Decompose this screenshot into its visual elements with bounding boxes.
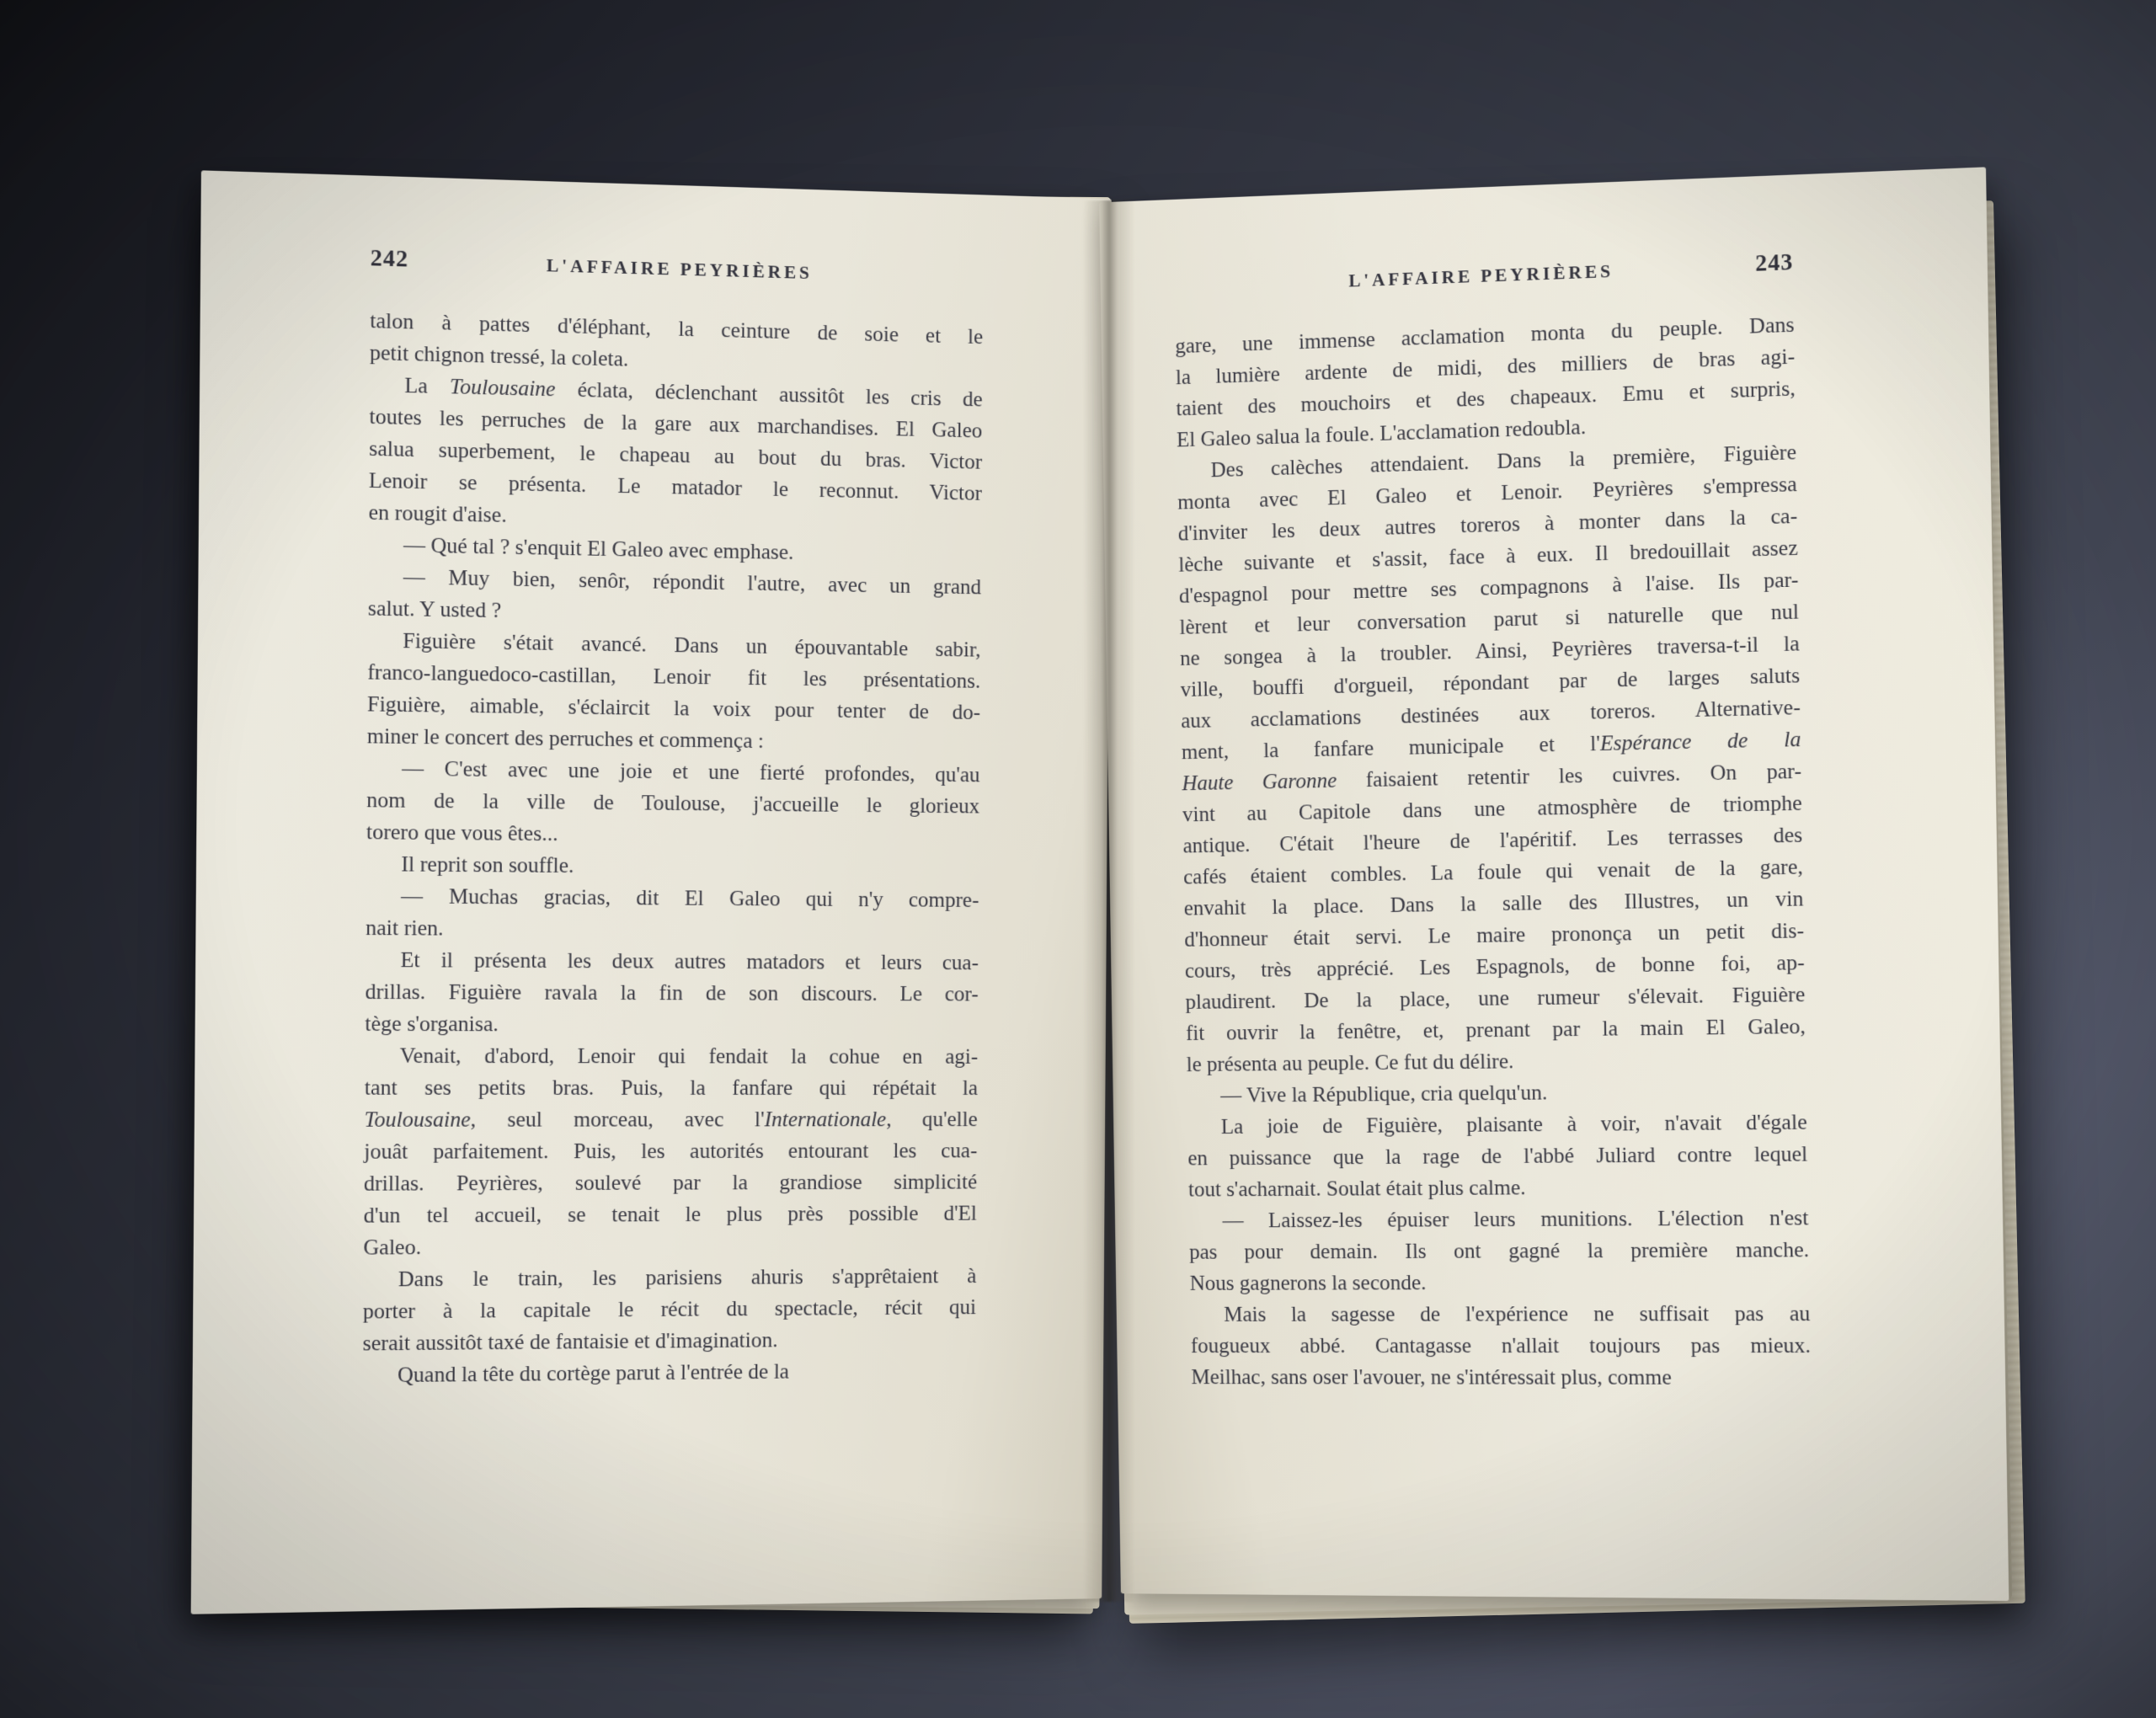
text-line: drillas. Figuière ravala la fin de son d…: [365, 976, 978, 1010]
book-page-right: L'AFFAIRE PEYRIÈRES 243 gare, une immens…: [1099, 167, 2009, 1601]
page-number: 242: [371, 245, 409, 273]
text-line: Mais la sagesse de l'expérience ne suffi…: [1190, 1298, 1811, 1330]
text-line: Toulousaine, seul morceau, avec l'Intern…: [364, 1104, 977, 1136]
text-line: serait aussitôt taxé de fantaisie et d'i…: [362, 1323, 975, 1360]
text-line: en puissance que la rage de l'abbé Julia…: [1187, 1139, 1807, 1174]
text-line: drillas. Peyrières, soulevé par la grand…: [364, 1166, 977, 1200]
paragraph: gare, une immense acclamation monta du p…: [1175, 309, 1796, 456]
paragraph: — Vive la République, cria quelqu'un.: [1187, 1075, 1806, 1112]
text-line: tège s'organisa.: [365, 1008, 978, 1041]
text-line: Dans le train, les parisiens ahuris s'ap…: [363, 1261, 976, 1296]
page-header: L'AFFAIRE PEYRIÈRES 243: [1174, 254, 1794, 298]
paragraph: Et il présenta les deux autres matadors …: [365, 944, 979, 1041]
text-line: — Laissez-les épuiser leurs munitions. L…: [1188, 1203, 1809, 1237]
paragraph: — Muy bien, senôr, répondit l'autre, ave…: [368, 561, 981, 635]
paragraph: Mais la sagesse de l'expérience ne suffi…: [1190, 1298, 1812, 1394]
text-line: fit ouvrir la fenêtre, et, prenant par l…: [1186, 1011, 1806, 1049]
running-title: L'AFFAIRE PEYRIÈRES: [371, 250, 984, 289]
book-page-left: 242 L'AFFAIRE PEYRIÈRES talon à pattes d…: [191, 170, 1112, 1614]
text-line: tant ses petits bras. Puis, la fanfare q…: [365, 1072, 978, 1104]
running-title: L'AFFAIRE PEYRIÈRES: [1174, 254, 1794, 298]
text-line: Quand la tête du cortège parut à l'entré…: [362, 1354, 975, 1391]
text-line: tout s'acharnait. Soulat était plus calm…: [1188, 1171, 1808, 1206]
paragraph: Des calèches attendaient. Dans la premiè…: [1177, 437, 1806, 1081]
text-line: — Muchas gracias, dit El Galeo qui n'y c…: [366, 880, 979, 916]
text-line: La joie de Figuière, plaisante à voir, n…: [1187, 1107, 1807, 1143]
paragraph: — C'est avec une joie et une fierté prof…: [366, 753, 980, 854]
text-line: Nous gagnerons la seconde.: [1189, 1267, 1810, 1299]
text-line: torero que vous êtes...: [366, 817, 979, 854]
paragraph: — Laissez-les épuiser leurs munitions. L…: [1188, 1203, 1810, 1299]
page-header: 242 L'AFFAIRE PEYRIÈRES: [371, 250, 984, 289]
paragraph: Quand la tête du cortège parut à l'entré…: [362, 1354, 975, 1391]
text-line: Il reprit son souffle.: [366, 848, 979, 884]
paragraph: Venait, d'abord, Lenoir qui fendait la c…: [363, 1040, 978, 1264]
text-line: fougueux abbé. Cantagasse n'allait toujo…: [1191, 1330, 1812, 1362]
photo-of-open-book: { "scene": { "background_color": "#3f435…: [0, 0, 2156, 1718]
text-line: Meilhac, sans oser l'avouer, ne s'intére…: [1191, 1362, 1812, 1394]
text-line: nait rien.: [366, 912, 979, 947]
paragraph: — Muchas gracias, dit El Galeo qui n'y c…: [366, 880, 979, 947]
text-line: pas pour demain. Ils ont gagné la premiè…: [1189, 1235, 1810, 1268]
paragraph: La Toulousaine éclata, déclenchant aussi…: [368, 369, 982, 541]
text-line: porter à la capitale le récit du spectac…: [363, 1292, 976, 1328]
page-number: 243: [1755, 249, 1794, 277]
page-text-left: talon à pattes d'éléphant, la ceinture d…: [362, 305, 983, 1391]
text-line: — Vive la République, cria quelqu'un.: [1187, 1075, 1806, 1112]
paragraph: Dans le train, les parisiens ahuris s'ap…: [362, 1261, 976, 1360]
page-text-right: gare, une immense acclamation monta du p…: [1175, 309, 1812, 1394]
paragraph: Figuière s'était avancé. Dans un épouvan…: [367, 625, 981, 760]
text-line: Galeo.: [363, 1230, 976, 1264]
text-line: jouât parfaitement. Puis, les autorités …: [364, 1135, 977, 1168]
text-line: Venait, d'abord, Lenoir qui fendait la c…: [365, 1040, 978, 1073]
text-line: Et il présenta les deux autres matadors …: [366, 944, 979, 979]
text-line: d'un tel accueil, se tenait le plus près…: [364, 1198, 977, 1232]
paragraph: La joie de Figuière, plaisante à voir, n…: [1187, 1107, 1809, 1205]
paragraph: Il reprit son souffle.: [366, 848, 979, 884]
